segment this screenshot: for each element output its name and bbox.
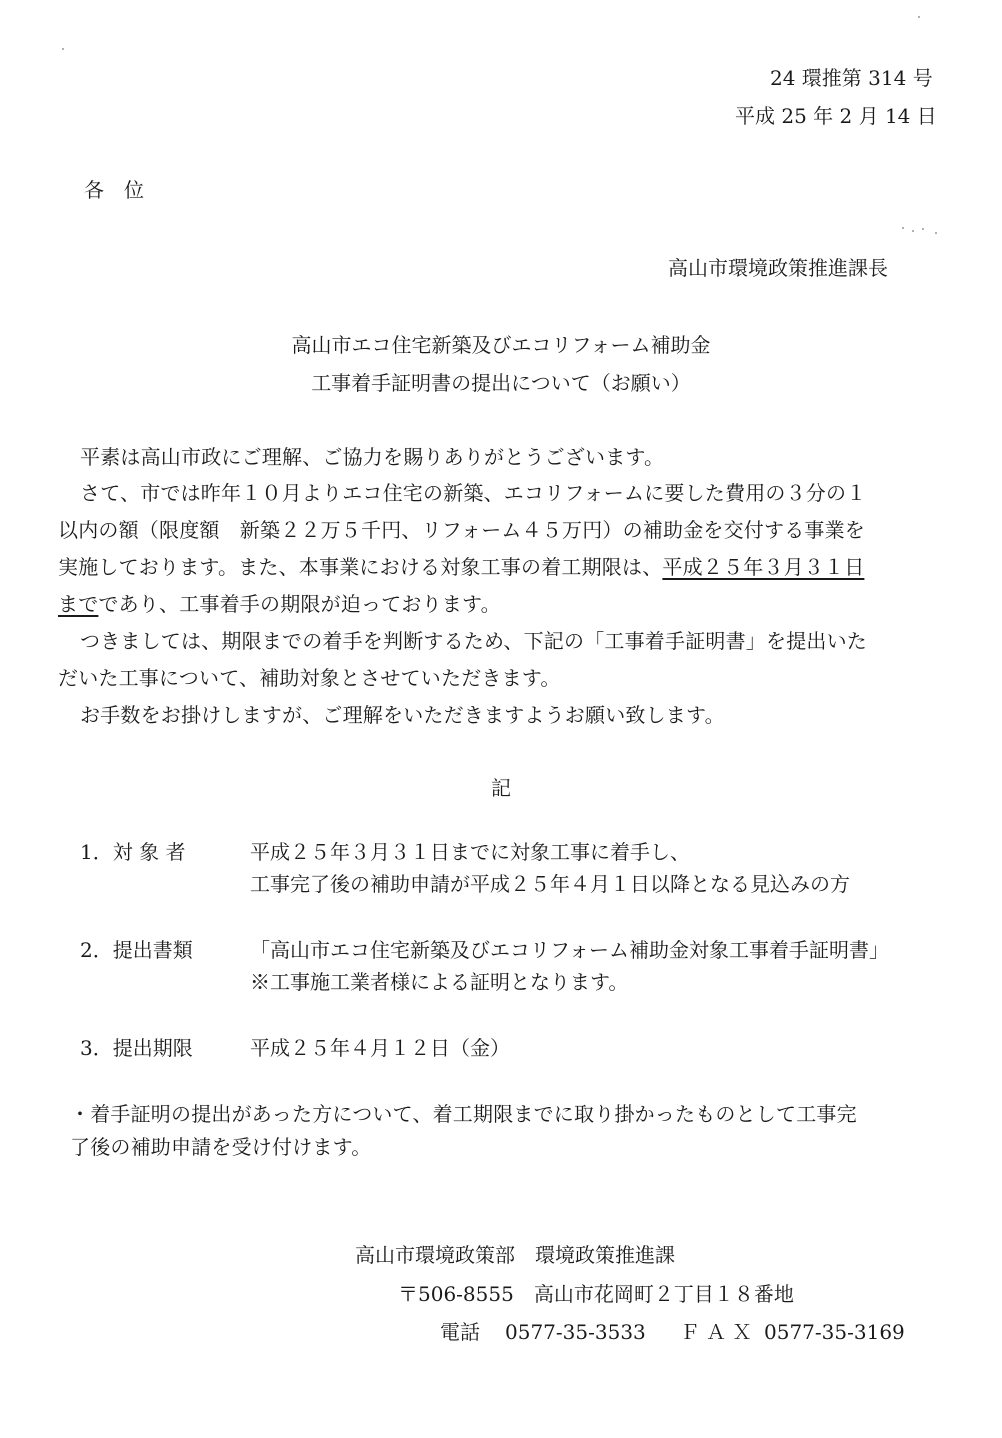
body-paragraph-2-line-4: までであり、工事着手の期限が迫っております。 — [58, 592, 501, 616]
footer-address: 〒506-8555 高山市花岡町２丁目１８番地 — [398, 1282, 794, 1306]
item-2-label: 2．提出書類 — [80, 938, 193, 962]
footer-fax: 0577-35-3169 — [764, 1320, 905, 1344]
scan-speck — [912, 230, 914, 232]
sender: 高山市環境政策推進課長 — [668, 256, 888, 280]
ki-heading: 記 — [0, 776, 1002, 800]
body-text: であり、工事着手の期限が迫っております。 — [98, 592, 500, 616]
body-paragraph-2-line-2: 以内の額（限度額 新築２２万５千円、リフォーム４５万円）の補助金を交付する事業を — [58, 518, 865, 542]
footer-phone: 0577-35-3533 — [505, 1320, 646, 1344]
issue-date: 平成 25 年 2 月 14 日 — [735, 104, 937, 128]
title-line-1: 高山市エコ住宅新築及びエコリフォーム補助金 — [0, 333, 1002, 357]
item-2-line-2: ※工事施工業者様による証明となります。 — [250, 970, 628, 994]
scan-speck — [935, 232, 937, 234]
scan-speck — [902, 227, 904, 229]
scan-speck — [922, 228, 924, 230]
scan-speck — [62, 48, 64, 50]
scan-speck — [918, 16, 920, 18]
body-paragraph-3-line-1: つきましては、期限までの着手を判断するため、下記の「工事着手証明書」を提出いた — [80, 629, 867, 653]
deadline-emphasis: 平成２５年３月３１日 — [662, 555, 864, 579]
body-paragraph-2-line-1: さて、市では昨年１０月よりエコ住宅の新築、エコリフォームに要した費用の３分の１ — [80, 481, 866, 505]
addressee: 各 位 — [84, 178, 144, 202]
note-line-1: ・着手証明の提出があった方について、着工期限までに取り掛かったものとして工事完 — [70, 1102, 857, 1126]
title-line-2: 工事着手証明書の提出について（お願い） — [0, 371, 1002, 395]
item-3-label: 3．提出期限 — [80, 1036, 193, 1060]
item-1-line-2: 工事完了後の補助申請が平成２５年４月１日以降となる見込みの方 — [250, 872, 850, 896]
note-line-2: 了後の補助申請を受け付けます。 — [70, 1135, 371, 1159]
greeting-paragraph: 平素は高山市政にご理解、ご協力を賜りありがとうございます。 — [80, 445, 664, 469]
item-1-label: 1．対 象 者 — [80, 840, 185, 864]
item-1-line-1: 平成２５年３月３１日までに対象工事に着手し、 — [250, 840, 690, 864]
body-paragraph-4: お手数をお掛けしますが、ご理解をいただきますようお願い致します。 — [80, 703, 725, 727]
body-text: 実施しております。また、本事業における対象工事の着工期限は、 — [58, 555, 662, 579]
document-number: 24 環推第 314 号 — [770, 66, 933, 90]
deadline-emphasis-cont: まで — [58, 592, 98, 616]
footer-fax-label: ＦＡＸ — [680, 1320, 758, 1344]
item-3-line-1: 平成２５年４月１２日（金） — [250, 1036, 510, 1060]
body-paragraph-3-line-2: だいた工事について、補助対象とさせていただきます。 — [58, 666, 561, 690]
item-2-line-1: 「高山市エコ住宅新築及びエコリフォーム補助金対象工事着手証明書」 — [250, 938, 889, 962]
footer-department: 高山市環境政策部 環境政策推進課 — [355, 1243, 675, 1267]
body-paragraph-2-line-3: 実施しております。また、本事業における対象工事の着工期限は、平成２５年３月３１日 — [58, 555, 864, 579]
footer-phone-label: 電話 — [440, 1320, 480, 1344]
